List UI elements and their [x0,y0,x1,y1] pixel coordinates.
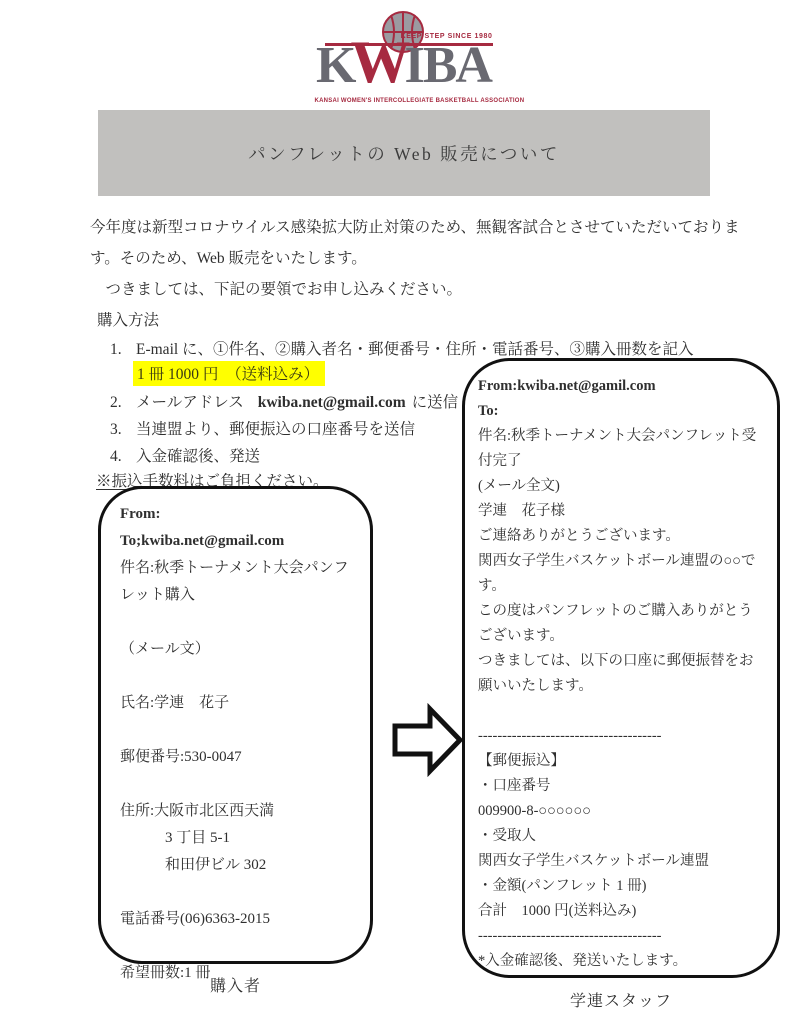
step-number: 2. [110,394,136,412]
text-line [120,663,356,690]
text-line: 件名:秋季トーナメント大会パンフレット受付完了 [478,424,767,474]
step-number: 1. [110,341,136,359]
text-line [478,699,767,724]
text-line: 合計 1000 円(送料込み) [478,899,767,924]
right-block-arrow-icon [391,701,465,779]
text-line: 学連 花子様 [478,499,767,524]
step-number: 4. [110,448,136,466]
step-text: に送信 [412,394,459,411]
step-text: メールアドレス [136,394,244,411]
text-line: 住所:大阪市北区西天満 [120,798,356,825]
text-line: -------------------------------------- [478,724,767,749]
staff-email-header: From:kwiba.net@gamil.comTo: [478,374,767,424]
text-line: ・受取人 [478,824,767,849]
document-page: KEEP STEP SINCE 1980 KWIBA KANSAI WOMEN'… [0,0,807,1024]
text-line: 氏名:学連 花子 [120,690,356,717]
step-number: 3. [110,421,136,439]
text-line: ご連絡ありがとうございます。 [478,524,767,549]
title-banner: パンフレットの Web 販売について [98,110,710,196]
text-line [120,609,356,636]
text-line [120,933,356,960]
text-line [120,717,356,744]
intro-line: す。そのため、Web 販売をいたします。 [90,243,739,274]
text-line: 郵便番号:530-0047 [120,744,356,771]
text-line: To: [478,399,767,424]
buyer-email-box: From:To;kwiba.net@gmail.com 件名:秋季トーナメント大… [98,486,373,964]
buyer-email-header: From:To;kwiba.net@gmail.com [120,501,356,555]
logo-wordmark: KWIBA [315,32,493,92]
text-line: つきましては、以下の口座に郵便振替をお願いいたします。 [478,649,767,699]
staff-email-box: From:kwiba.net@gamil.comTo: 件名:秋季トーナメント大… [462,358,780,978]
text-line: 件名:秋季トーナメント大会パンフレット購入 [120,555,356,609]
text-line: ・口座番号 [478,774,767,799]
text-line: 関西女子学生バスケットボール連盟 [478,849,767,874]
text-line: 【郵便振込】 [478,749,767,774]
logo-letters-iba: IBA [404,40,490,92]
text-line: -------------------------------------- [478,924,767,949]
price-highlight: 1 冊 1000 円 （送料込み） [133,361,325,386]
text-line: (メール全文) [478,474,767,499]
step-text: E-mail に、①件名、②購入者名・郵便番号・住所・電話番号、③購入冊数を記入 [136,341,694,358]
text-line: 3 丁目 5-1 [120,825,356,852]
text-line: 関西女子学生バスケットボール連盟の○○です。 [478,549,767,599]
text-line [120,771,356,798]
step-text: 当連盟より、郵便振込の口座番号を送信 [136,421,415,438]
text-line: この度はパンフレットのご購入ありがとうございます。 [478,599,767,649]
intro-line: 今年度は新型コロナウイルス感染拡大防止対策のため、無観客試合とさせていただいてお… [90,212,739,243]
staff-email-body: 件名:秋季トーナメント大会パンフレット受付完了(メール全文)学連 花子様ご連絡あ… [478,424,767,974]
text-line: From:kwiba.net@gamil.com [478,374,767,399]
contact-email: kwiba.net@gmail.com [258,394,406,411]
buyer-caption: 購入者 [98,973,373,996]
page-title: パンフレットの Web 販売について [248,141,560,166]
intro-paragraph: 今年度は新型コロナウイルス感染拡大防止対策のため、無観客試合とさせていただいてお… [90,212,739,305]
text-line: 和田伊ビル 302 [120,852,356,879]
intro-line: つきましては、下記の要領でお申し込みください。 [90,274,739,305]
text-line: （メール文） [120,636,356,663]
text-line: From: [120,501,356,528]
logo-subtitle: KANSAI WOMEN'S INTERCOLLEGIATE BASKETBAL… [315,98,493,104]
purchase-step-3: 3.当連盟より、郵便振込の口座番号を送信 [110,417,415,439]
purchase-heading: 購入方法 [97,308,159,330]
text-line: 電話番号(06)6363-2015 [120,906,356,933]
text-line: *入金確認後、発送いたします。 [478,949,767,974]
purchase-step-1: 1.E-mail に、①件名、②購入者名・郵便番号・住所・電話番号、③購入冊数を… [110,337,694,359]
logo-letter-w: W [350,32,408,92]
kwiba-logo: KEEP STEP SINCE 1980 KWIBA KANSAI WOMEN'… [315,10,493,106]
step-text: 入金確認後、発送 [136,448,260,465]
text-line: ・金額(パンフレット 1 冊) [478,874,767,899]
purchase-step-2: 2.メールアドレスkwiba.net@gmail.comに送信 [110,390,458,412]
purchase-step-4: 4.入金確認後、発送 [110,444,260,466]
logo-letter-k: K [316,40,354,92]
text-line: 009900-8-○○○○○○ [478,799,767,824]
staff-caption: 学連スタッフ [462,988,780,1011]
text-line [120,879,356,906]
text-line: To;kwiba.net@gmail.com [120,528,356,555]
buyer-email-body: 件名:秋季トーナメント大会パンフレット購入 （メール文） 氏名:学連 花子 郵便… [120,555,356,987]
